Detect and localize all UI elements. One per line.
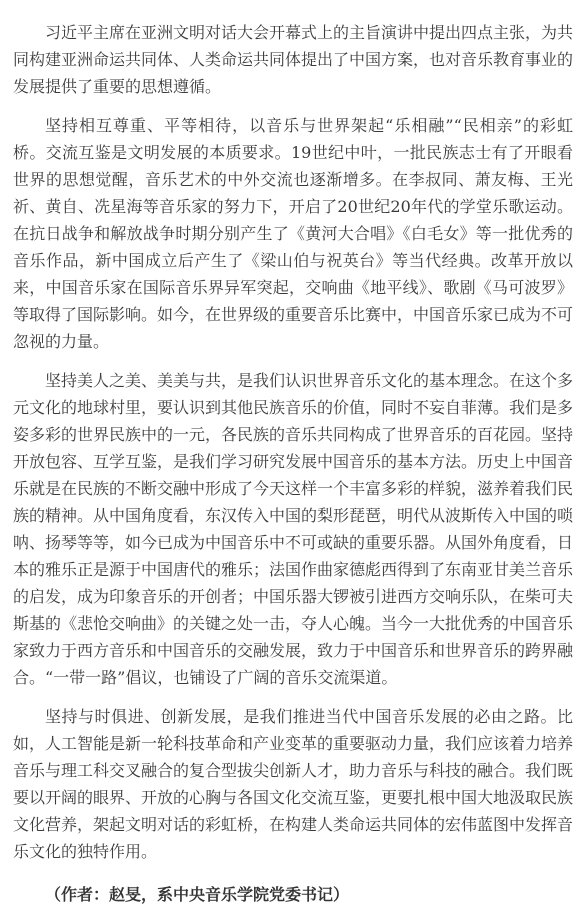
paragraph-innovation: 坚持与时俱进、创新发展，是我们推进当代中国音乐发展的必由之路。比如，人工智能是新…: [13, 703, 573, 865]
paragraph-mutual-respect: 坚持相互尊重、平等相待，以音乐与世界架起“乐相融”“民相亲”的彩虹桥。交流互鉴是…: [13, 112, 573, 355]
author-attribution: （作者：赵旻，系中央音乐学院党委书记）: [13, 881, 573, 908]
paragraph-beauty-shared: 坚持美人之美、美美与共，是我们认识世界音乐文化的基本理念。在这个多元文化的地球村…: [13, 367, 573, 691]
article-page: 习近平主席在亚洲文明对话大会开幕式上的主旨演讲中提出四点主张，为共同构建亚洲命运…: [0, 0, 586, 919]
paragraph-intro: 习近平主席在亚洲文明对话大会开幕式上的主旨演讲中提出四点主张，为共同构建亚洲命运…: [13, 19, 573, 100]
